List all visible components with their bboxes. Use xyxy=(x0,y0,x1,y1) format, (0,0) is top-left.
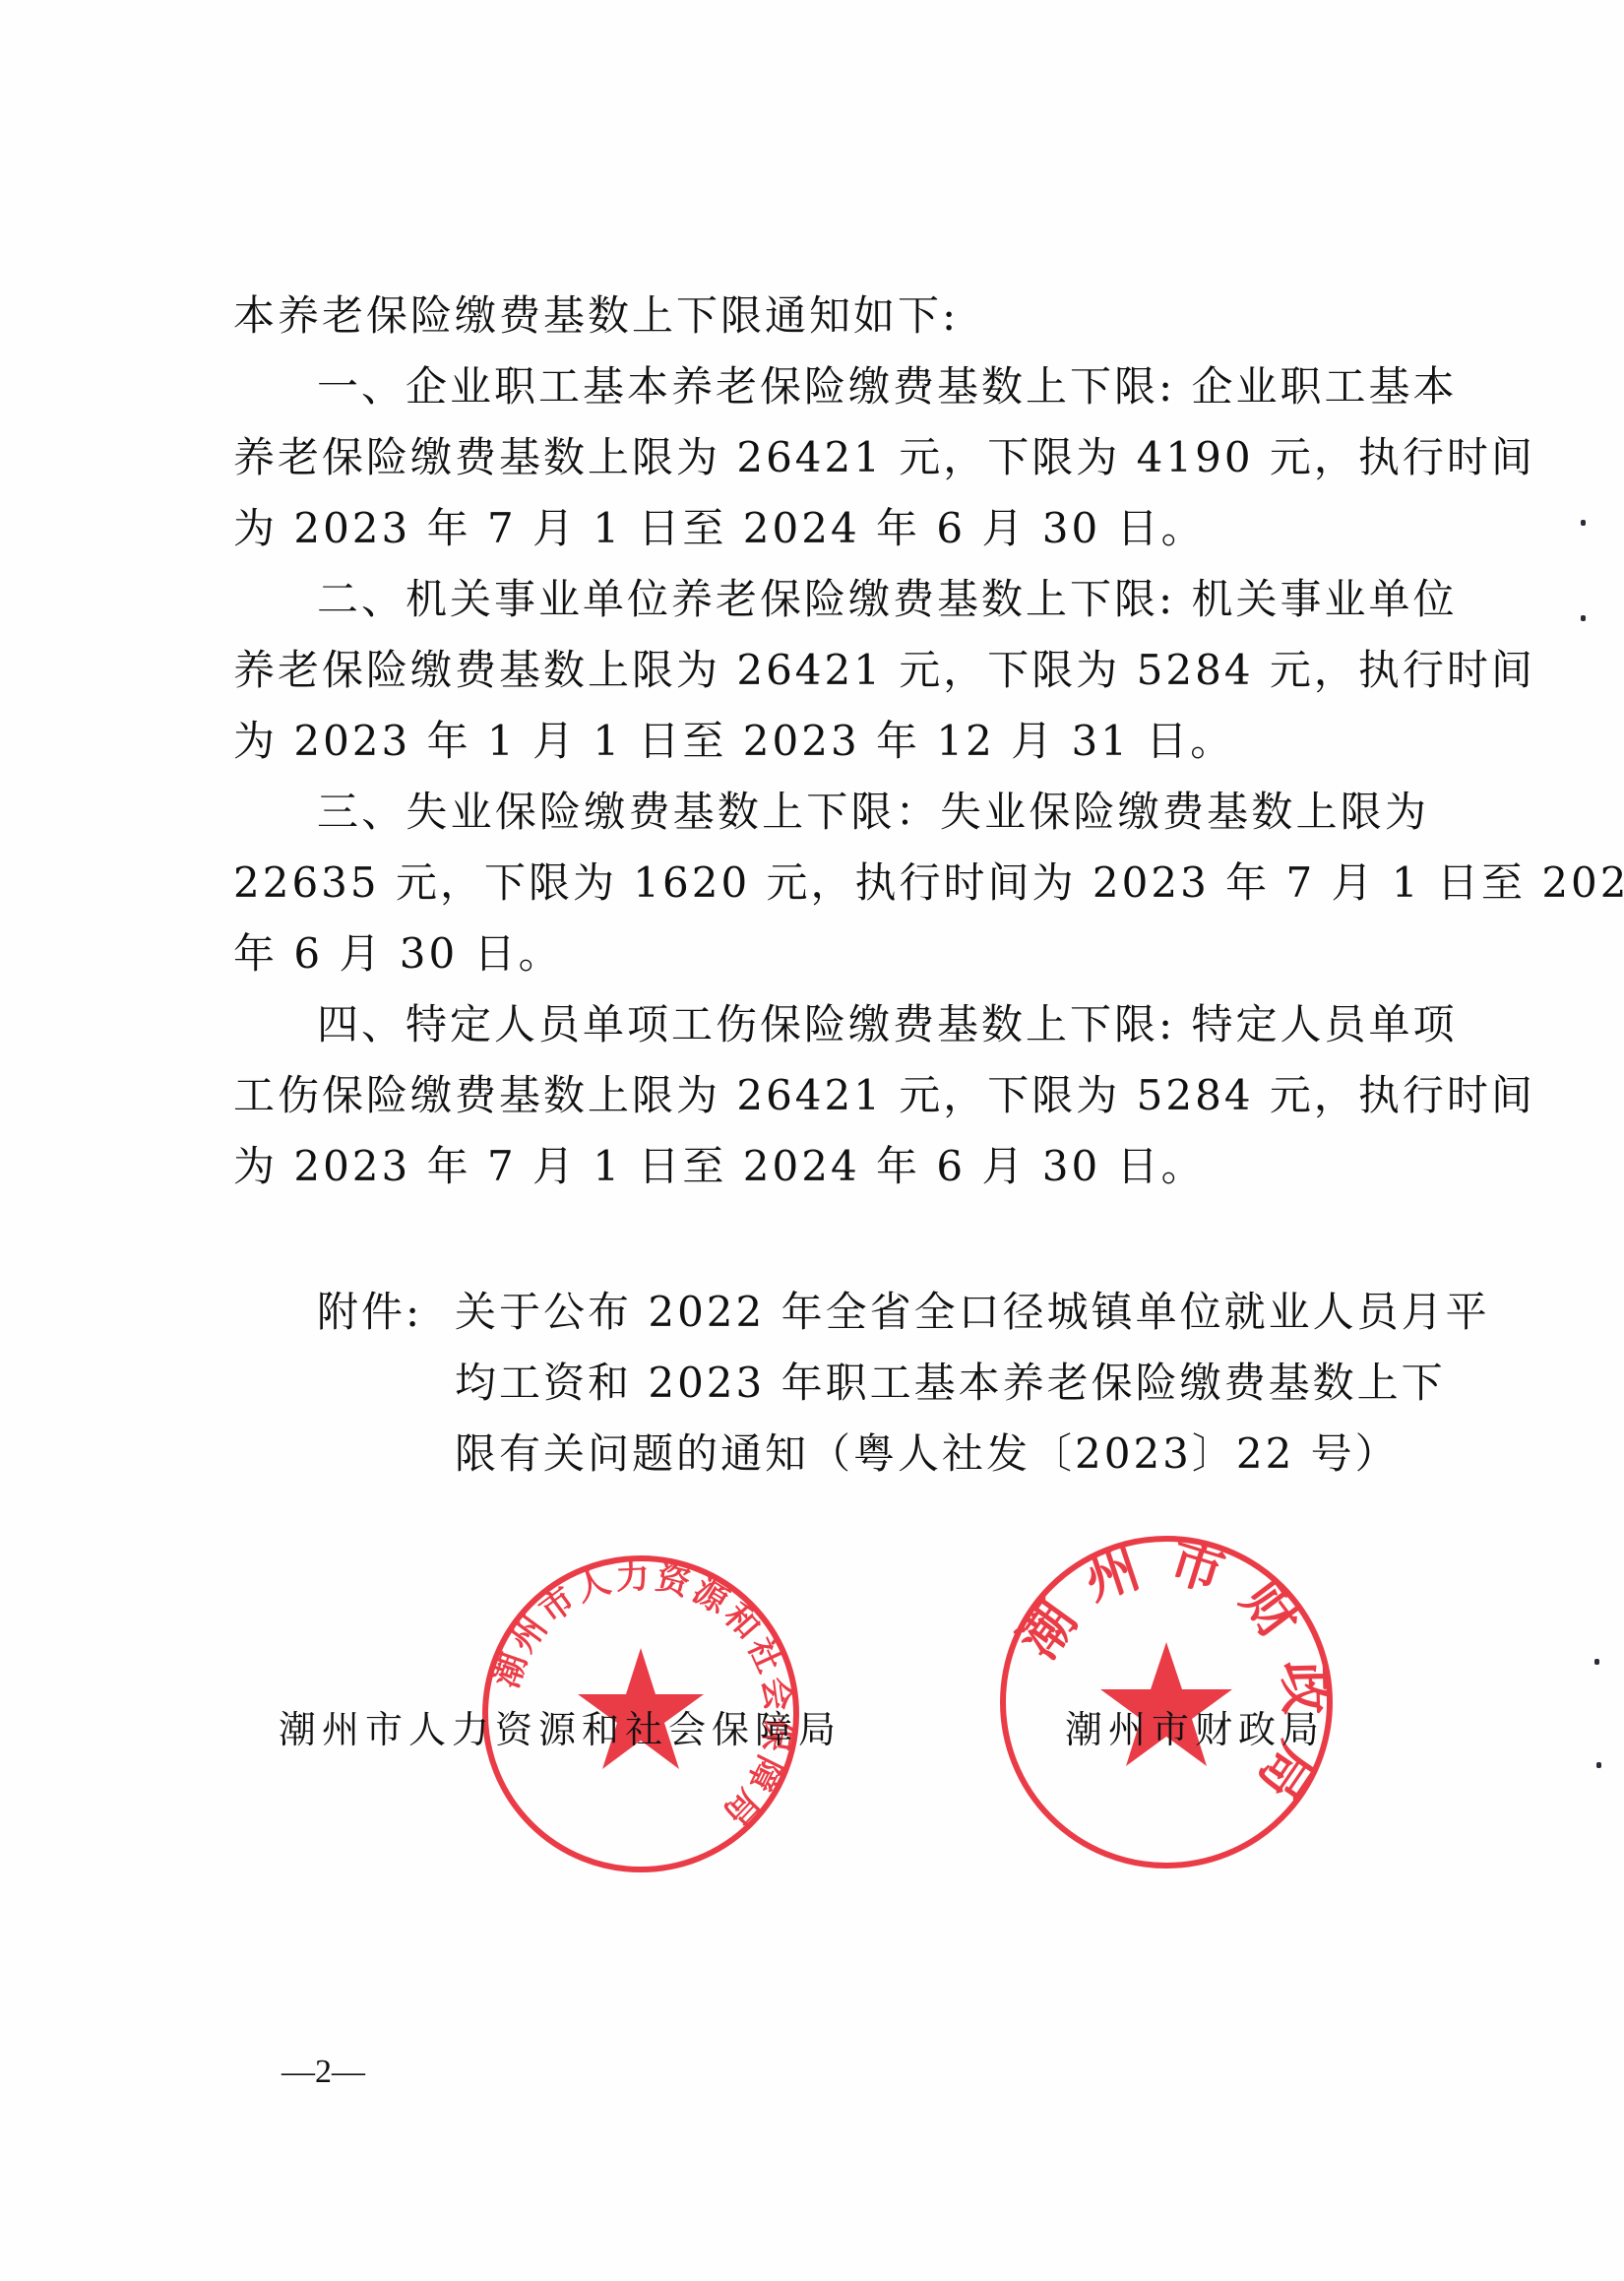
section-2-line-2: 养老保险缴费基数上限为 26421 元，下限为 5284 元，执行时间 xyxy=(233,646,1429,695)
section-2-line-3: 为 2023 年 1 月 1 日至 2023 年 12 月 31 日。 xyxy=(233,717,1429,766)
document-page: 本养老保险缴费基数上下限通知如下: 一、企业职工基本养老保险缴费基数上下限: 企… xyxy=(0,0,1624,2281)
section-3-line-3: 年 6 月 30 日。 xyxy=(233,929,1429,979)
section-3-line-2: 22635 元，下限为 1620 元，执行时间为 2023 年 7 月 1 日至… xyxy=(233,858,1429,908)
attachment-line-1: 关于公布 2022 年全省全口径城镇单位就业人员月平 xyxy=(455,1288,1429,1337)
section-2-line-1: 二、机关事业单位养老保险缴费基数上下限: 机关事业单位 xyxy=(317,575,1429,624)
finance-bureau-signature: 潮州市财政局 xyxy=(1065,1707,1325,1752)
section-1-line-3: 为 2023 年 7 月 1 日至 2024 年 6 月 30 日。 xyxy=(233,504,1429,553)
attachment-line-2: 均工资和 2023 年职工基本养老保险缴费基数上下 xyxy=(455,1359,1429,1408)
scan-speck xyxy=(1581,615,1586,621)
scan-speck xyxy=(1594,1659,1599,1665)
attachment-line-3: 限有关问题的通知（粤人社发〔2023〕22 号） xyxy=(455,1429,1429,1479)
intro-line: 本养老保险缴费基数上下限通知如下: xyxy=(233,291,1429,341)
section-4-line-1: 四、特定人员单项工伤保险缴费基数上下限: 特定人员单项 xyxy=(317,1000,1429,1049)
section-1-line-2: 养老保险缴费基数上限为 26421 元，下限为 4190 元，执行时间 xyxy=(233,433,1429,482)
section-3-line-1: 三、失业保险缴费基数上下限：失业保险缴费基数上限为 xyxy=(317,788,1429,837)
section-1-line-1: 一、企业职工基本养老保险缴费基数上下限: 企业职工基本 xyxy=(317,362,1429,412)
page-number: —2— xyxy=(281,2053,365,2092)
section-4-line-3: 为 2023 年 7 月 1 日至 2024 年 6 月 30 日。 xyxy=(233,1142,1429,1191)
section-4-line-2: 工伤保险缴费基数上限为 26421 元，下限为 5284 元，执行时间 xyxy=(233,1071,1429,1120)
attachment-label: 附件: xyxy=(317,1288,422,1337)
scan-speck xyxy=(1581,520,1586,526)
finance-bureau-seal-stamp: 潮州市财政局 xyxy=(996,1532,1337,1872)
scan-speck xyxy=(1596,1762,1601,1768)
hr-bureau-signature: 潮州市人力资源和社会保障局 xyxy=(279,1707,842,1752)
